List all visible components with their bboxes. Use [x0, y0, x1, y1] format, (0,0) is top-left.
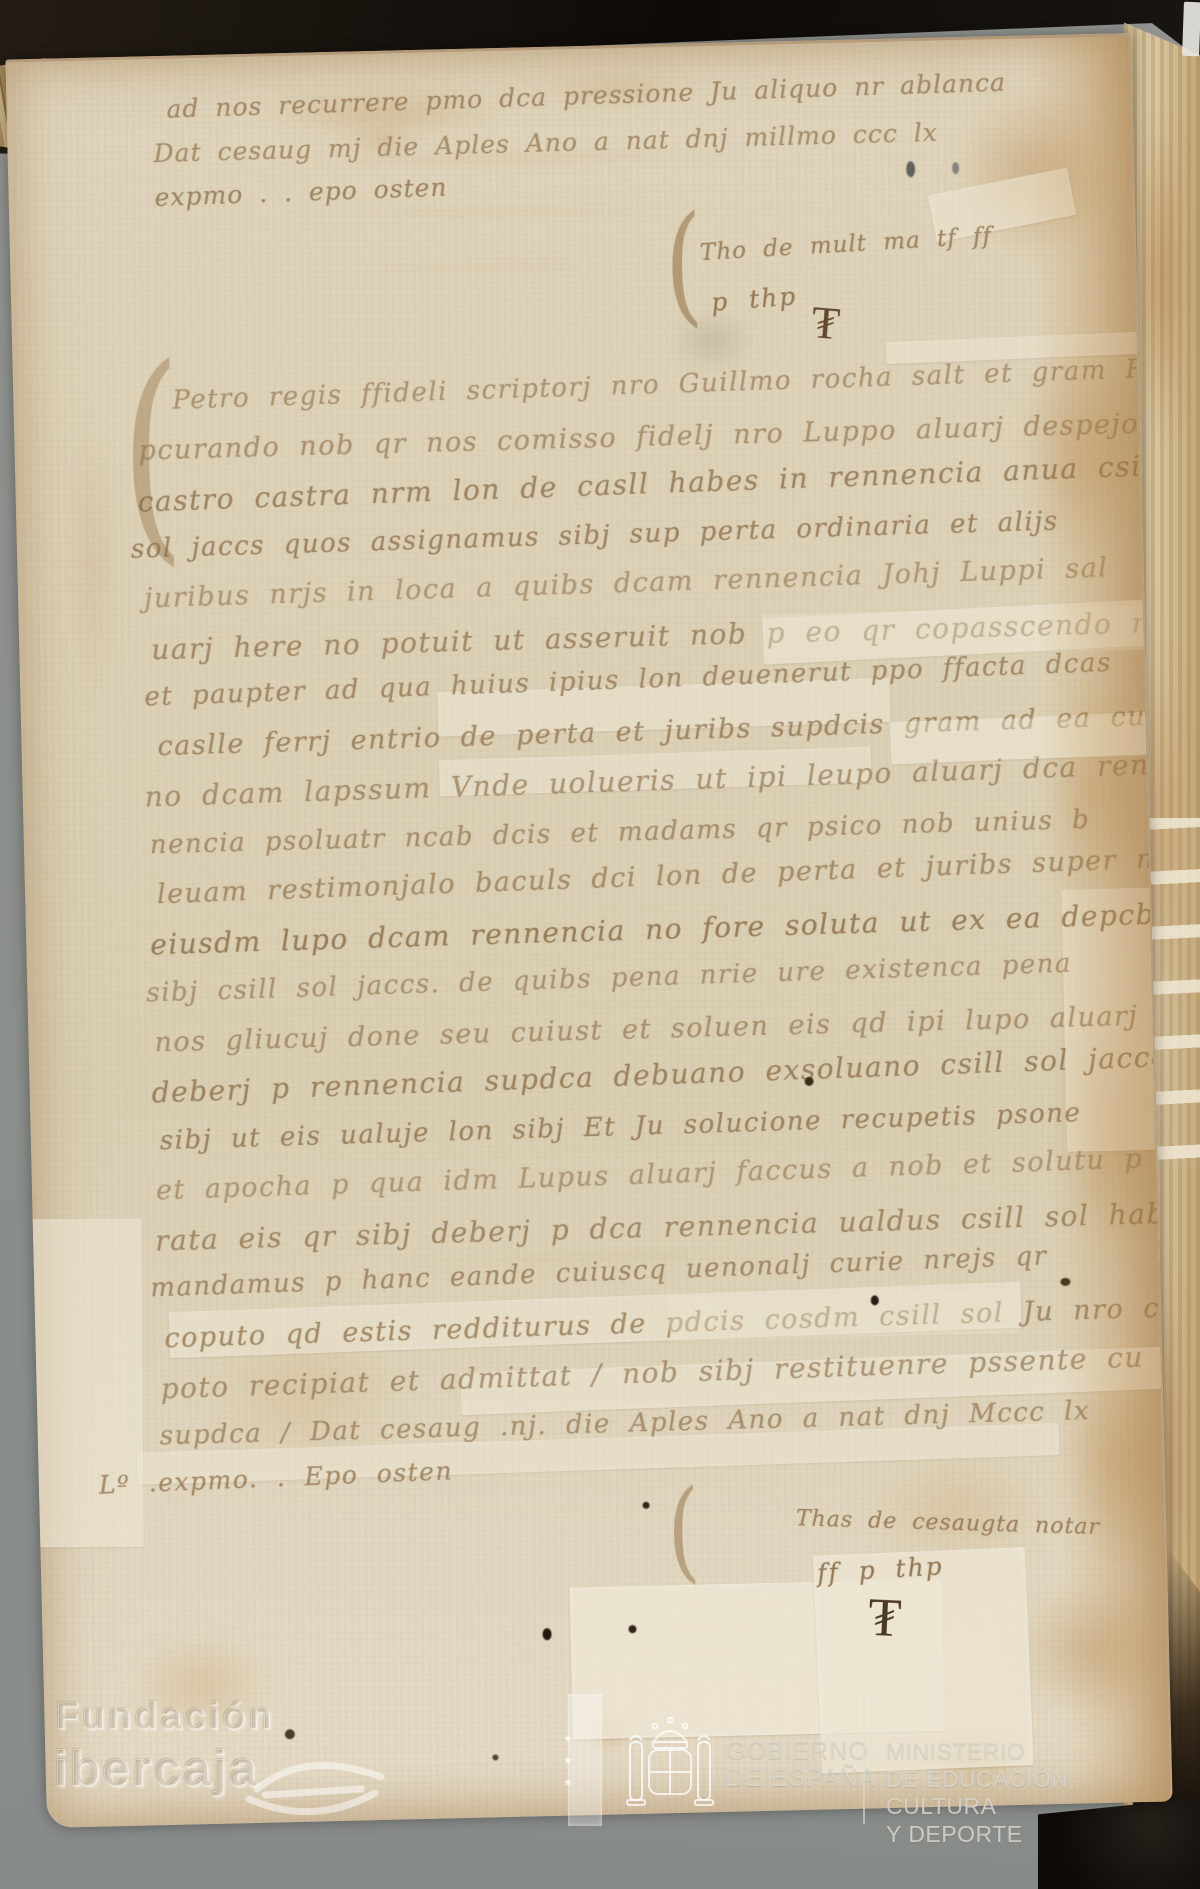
- parchment-page: ( ( ad nos recurrere pmo dca pressione J…: [5, 33, 1172, 1828]
- ink-speck: [542, 1628, 551, 1640]
- ink-speck: [952, 162, 959, 174]
- government-watermark: ★ ★ ★ GOBIERNO DE ESPAÑA: [568, 1692, 1188, 1837]
- ibercaja-swoosh-icon: [243, 1743, 393, 1828]
- star-icon: ★: [563, 1776, 573, 1789]
- ink-speck: [492, 1754, 498, 1760]
- bookmark-tag: [1182, 2, 1200, 57]
- tape-fade: [669, 1289, 1020, 1341]
- manuscript-line: sol jaccs quos assignamus sibj sup perta…: [130, 506, 1059, 564]
- ink-speck: [642, 1502, 649, 1509]
- ink-speck: [906, 161, 915, 177]
- ibercaja-watermark-line2: ibercaja: [54, 1740, 259, 1798]
- notarial-paraph-icon: ₮: [810, 298, 842, 346]
- chancery-docket-line: p thp: [710, 281, 798, 316]
- star-icon: ★: [563, 1754, 573, 1767]
- ibercaja-watermark: Fundación ibercaja: [48, 1688, 408, 1838]
- ink-speck: [871, 1295, 879, 1305]
- watermark-divider: [863, 1698, 865, 1824]
- scribal-flourish: (: [666, 1475, 701, 1586]
- star-icon: ★: [563, 1732, 573, 1745]
- gobierno-watermark-text: GOBIERNO DE ESPAÑA: [726, 1738, 876, 1792]
- manuscript-line: sibj ut eis ualuje lon sibj Et Ju soluci…: [159, 1098, 1081, 1156]
- spain-coat-of-arms-icon: [624, 1712, 716, 1816]
- flag-element: [568, 1694, 602, 1826]
- manuscript-line: et apocha p qua idm Lupus aluarj faccus …: [156, 1143, 1144, 1206]
- manuscript-line: juribus nrjs in loca a quibs dcam rennen…: [144, 552, 1109, 614]
- notarial-paraph-icon: ₮: [867, 1589, 902, 1644]
- scribal-flourish: (: [663, 198, 704, 329]
- ministerio-watermark-text: MINISTERIO DE EDUCACIÓN, CULTURA Y DEPOR…: [886, 1738, 1188, 1848]
- manuscript-photo: ( ( ad nos recurrere pmo dca pressione J…: [0, 0, 1200, 1889]
- chancery-docket-line: Tho de mult ma tf ff: [699, 223, 992, 266]
- ibercaja-watermark-line1: Fundación: [56, 1696, 275, 1739]
